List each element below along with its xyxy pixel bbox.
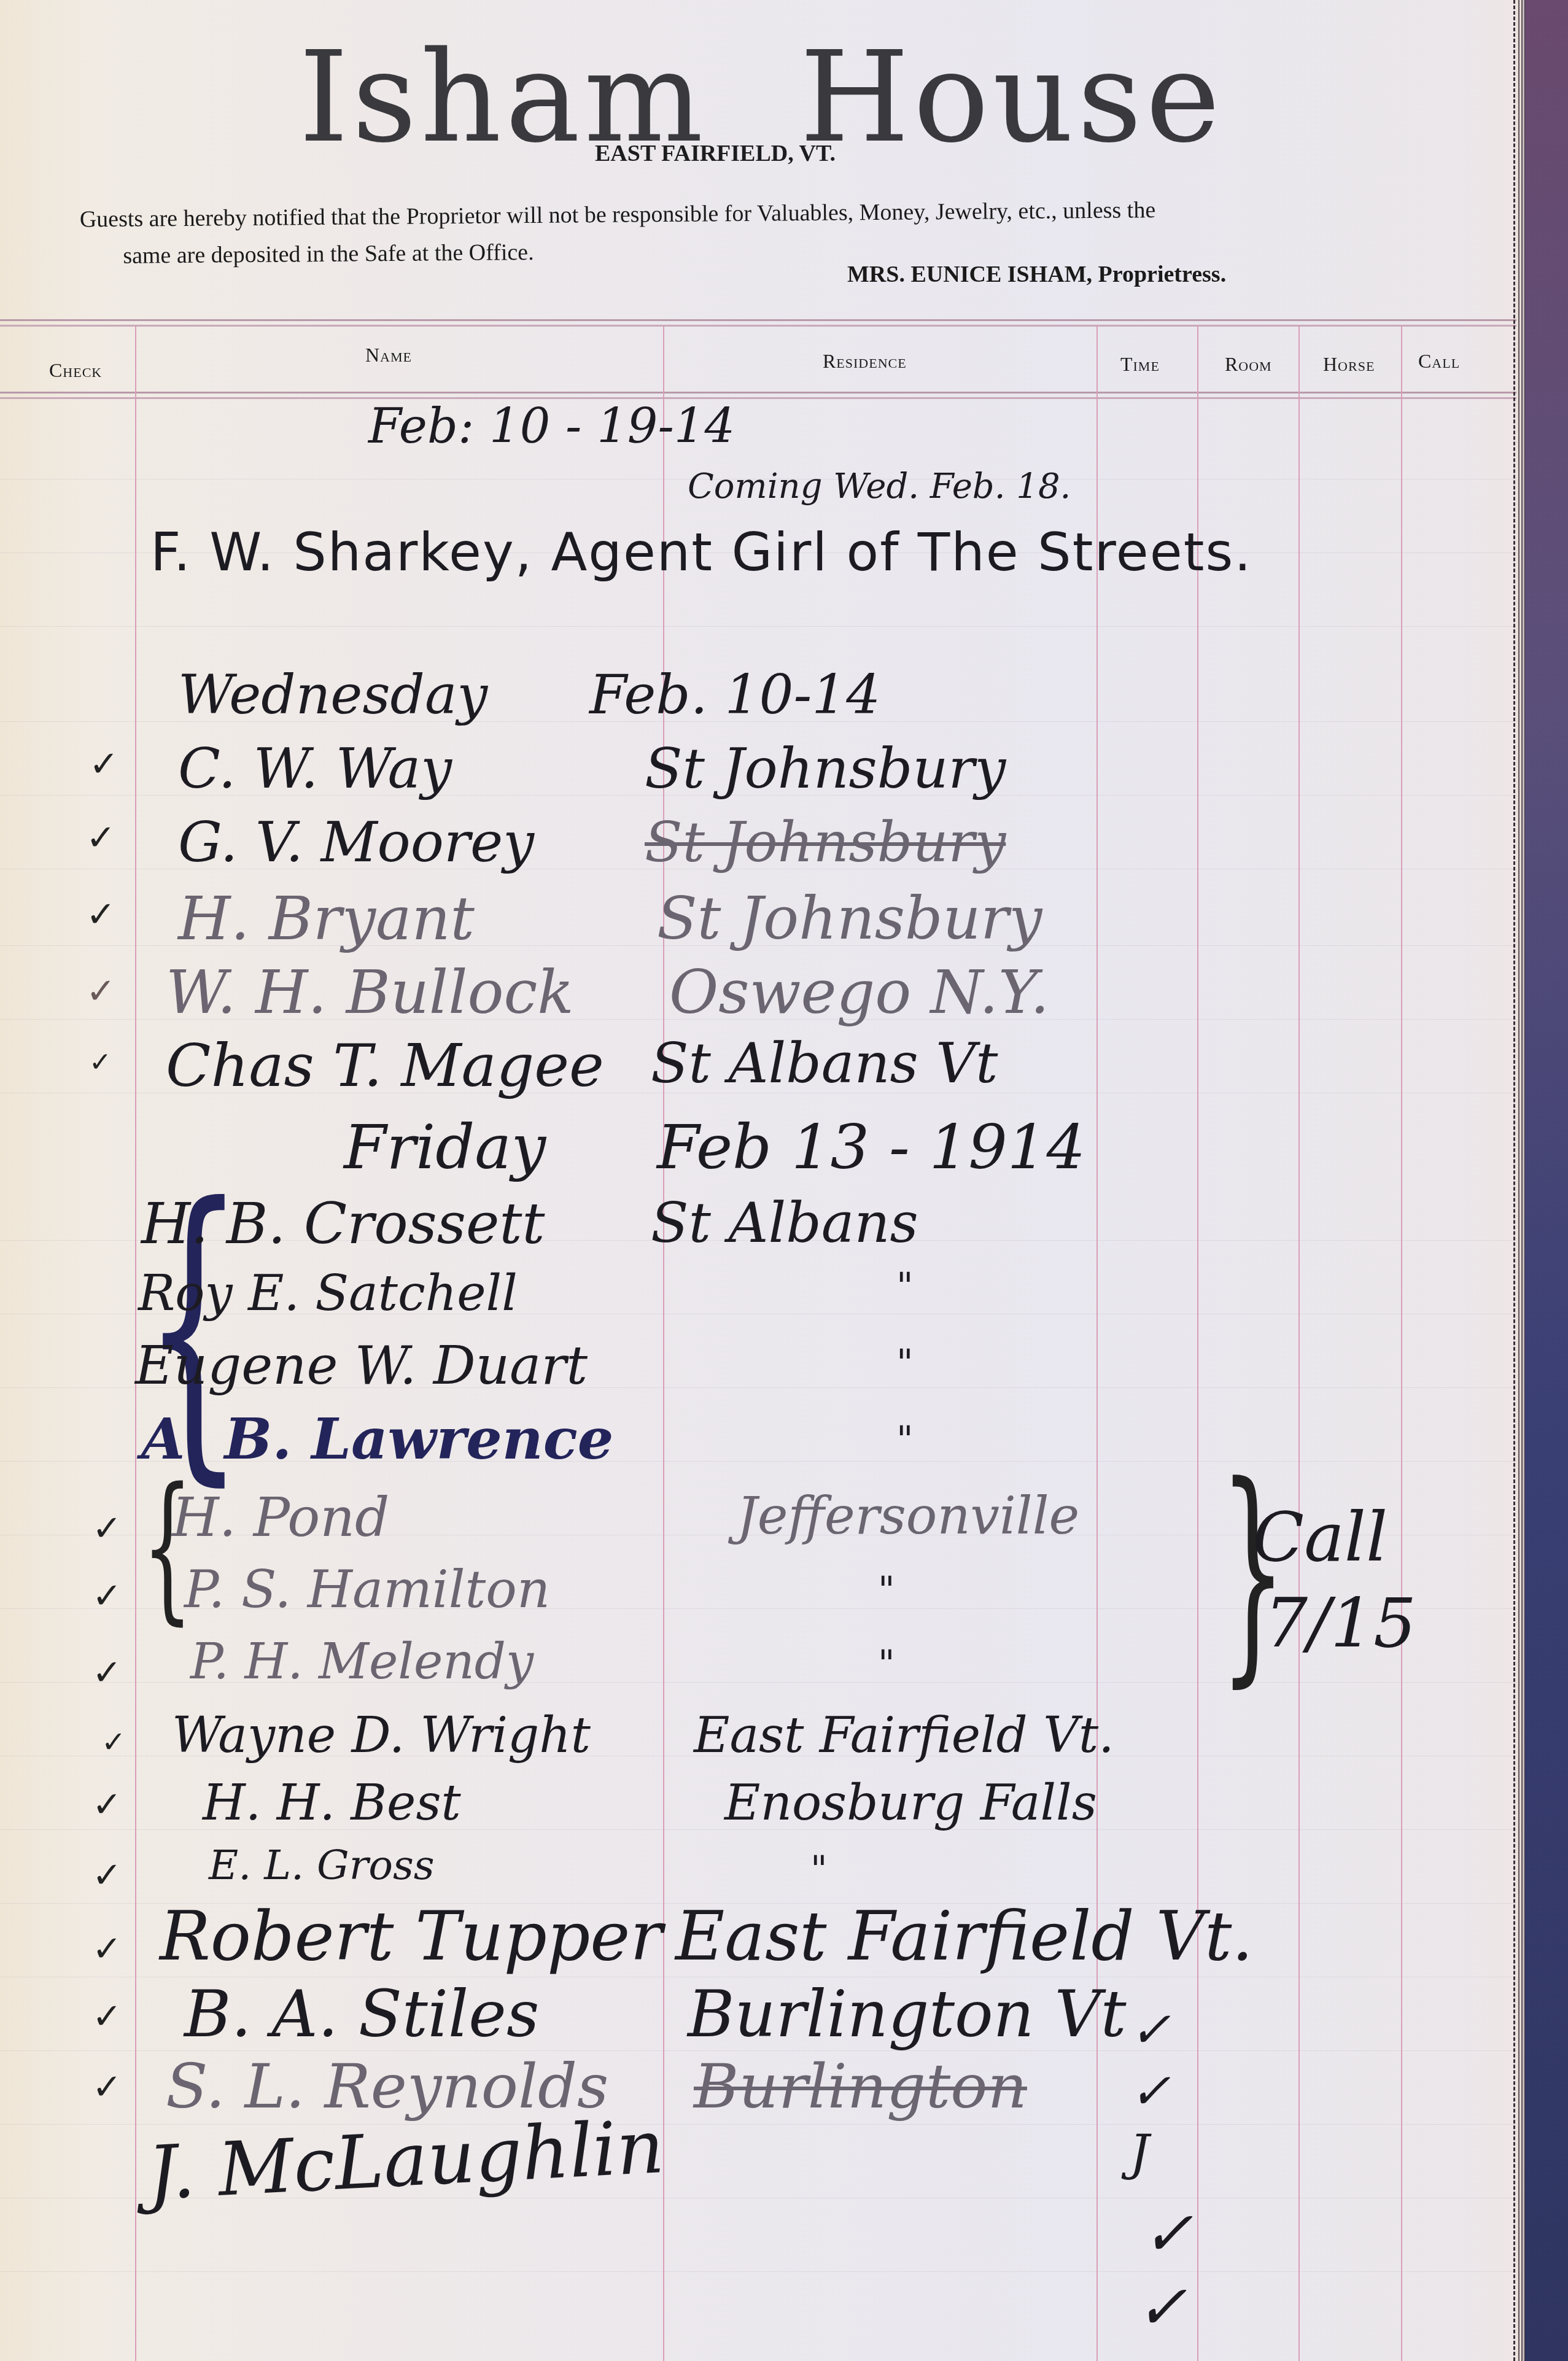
check-mark: ✓ bbox=[92, 1928, 122, 1969]
guest-residence: " bbox=[878, 1568, 895, 1611]
call-time: 7/15 bbox=[1265, 1584, 1416, 1662]
time-mark: ✓ bbox=[1130, 2063, 1171, 2120]
guest-name: P. S. Hamilton bbox=[184, 1559, 550, 1619]
column-header-room: Room bbox=[1225, 353, 1272, 376]
check-mark: ✓ bbox=[92, 1783, 122, 1825]
guest-residence: " bbox=[896, 1265, 914, 1308]
row-line bbox=[0, 626, 1516, 627]
guest-name: G. V. Moorey bbox=[178, 810, 534, 875]
time-mark: ✓ bbox=[1136, 2271, 1187, 2343]
guest-name: A. B. Lawrence bbox=[141, 1406, 613, 1472]
note-sharkey-agent: F. W. Sharkey, Agent Girl of The Streets… bbox=[150, 522, 1252, 583]
guest-name: H. B. Crossett bbox=[141, 1191, 545, 1257]
check-mark: ✓ bbox=[86, 816, 116, 858]
guest-residence: Jeffersonville bbox=[737, 1486, 1079, 1546]
row-line bbox=[0, 2271, 1516, 2272]
ledger-page: Isham House EAST FAIRFIELD, VT. Guests a… bbox=[0, 0, 1523, 2361]
day-label-wednesday: Wednesday bbox=[178, 663, 487, 726]
guest-name: H. Bryant bbox=[178, 884, 475, 954]
check-mark: ✓ bbox=[89, 1047, 112, 1078]
guest-name: E. L. Gross bbox=[209, 1842, 435, 1889]
guest-residence: St Albans bbox=[651, 1191, 918, 1255]
check-mark: ✓ bbox=[92, 1507, 122, 1549]
guest-name: H. H. Best bbox=[203, 1774, 461, 1831]
guest-residence: East Fairfield Vt. bbox=[675, 1897, 1253, 1975]
note-date-range: Feb: 10 - 19-14 bbox=[368, 399, 735, 454]
guest-residence: Oswego N.Y. bbox=[669, 958, 1049, 1028]
column-rule-name bbox=[663, 325, 664, 2361]
guest-residence: Enosburg Falls bbox=[724, 1774, 1097, 1831]
check-mark: ✓ bbox=[92, 1854, 122, 1896]
guest-name: W. H. Bullock bbox=[166, 958, 574, 1028]
proprietress-line: MRS. EUNICE ISHAM, Proprietress. bbox=[847, 261, 1226, 288]
guest-residence: St Johnsbury bbox=[645, 810, 1006, 875]
page-margin-edge bbox=[1513, 0, 1515, 2361]
guest-residence: Burlington bbox=[694, 2050, 1027, 2122]
guest-name: Robert Tupper bbox=[160, 1897, 662, 1975]
row-line bbox=[0, 2124, 1516, 2125]
column-rule-horse bbox=[1401, 325, 1402, 2361]
time-mark: ✓ bbox=[1142, 2198, 1193, 2270]
book-cover-edge bbox=[1525, 0, 1568, 2361]
guest-name: Roy E. Satchell bbox=[138, 1265, 518, 1322]
guest-residence: St Albans Vt bbox=[651, 1031, 998, 1096]
check-mark: ✓ bbox=[89, 743, 119, 785]
guest-residence: " bbox=[896, 1418, 914, 1461]
notice-line-1: Guests are hereby notified that the Prop… bbox=[80, 197, 1156, 232]
column-rule-time bbox=[1197, 325, 1198, 2361]
guest-residence: " bbox=[810, 1848, 828, 1891]
day-label-friday: Friday bbox=[344, 1111, 546, 1183]
check-mark: ✓ bbox=[86, 893, 116, 935]
note-coming: Coming Wed. Feb. 18. bbox=[688, 467, 1071, 506]
guest-residence: Burlington Vt bbox=[688, 1977, 1127, 2052]
guest-name: C. W. Way bbox=[178, 737, 452, 801]
column-header-name: Name bbox=[365, 344, 412, 366]
check-mark: ✓ bbox=[86, 970, 116, 1012]
guest-name: B. A. Stiles bbox=[184, 1977, 539, 2052]
guest-name: Chas T. Magee bbox=[166, 1031, 604, 1100]
check-mark: ✓ bbox=[101, 1725, 126, 1759]
guest-residence: St Johnsbury bbox=[657, 884, 1042, 953]
header-rule-top bbox=[0, 319, 1516, 327]
call-note: Call bbox=[1252, 1498, 1388, 1576]
time-mark: ✓ bbox=[1130, 2001, 1171, 2058]
column-rule-room bbox=[1298, 325, 1300, 2361]
guest-residence: " bbox=[896, 1341, 914, 1384]
guest-residence: East Fairfield Vt. bbox=[694, 1707, 1114, 1764]
guest-residence: St Johnsbury bbox=[645, 737, 1006, 801]
column-header-residence: Residence bbox=[823, 350, 907, 373]
column-header-call: Call bbox=[1418, 350, 1460, 373]
day-date-friday: Feb 13 - 1914 bbox=[657, 1111, 1085, 1183]
check-mark: ✓ bbox=[92, 1651, 122, 1693]
hotel-location: EAST FAIRFIELD, VT. bbox=[0, 140, 1430, 167]
guest-name: Eugene W. Duart bbox=[135, 1335, 588, 1397]
guest-residence: " bbox=[878, 1642, 895, 1685]
column-header-horse: Horse bbox=[1323, 353, 1375, 376]
day-date-wednesday: Feb. 10-14 bbox=[589, 663, 880, 726]
header-rule-bottom bbox=[0, 392, 1516, 399]
time-mark: J bbox=[1130, 2124, 1149, 2181]
column-header-time: Time bbox=[1120, 353, 1160, 376]
column-header-check: Check bbox=[49, 359, 102, 382]
check-mark: ✓ bbox=[92, 1995, 122, 2037]
guest-name: Wayne D. Wright bbox=[172, 1707, 591, 1764]
check-mark: ✓ bbox=[92, 2066, 122, 2107]
guest-name: P. H. Melendy bbox=[190, 1633, 534, 1690]
column-rule-residence bbox=[1096, 325, 1098, 2361]
guest-name: H. Pond bbox=[172, 1486, 389, 1549]
check-mark: ✓ bbox=[92, 1575, 122, 1616]
